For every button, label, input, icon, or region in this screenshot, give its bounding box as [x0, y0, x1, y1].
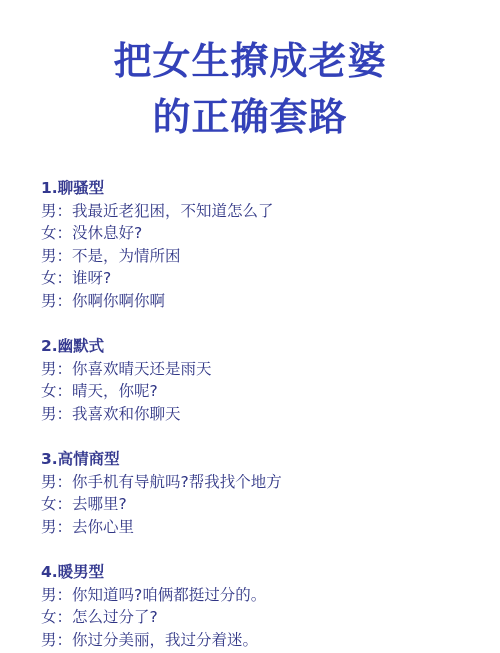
dialogue-line: 男：你喜欢晴天还是雨天 — [41, 358, 212, 381]
dialogue-line: 女：没休息好? — [41, 222, 274, 245]
dialogue-line: 男：你过分美丽，我过分着迷。 — [41, 629, 266, 652]
dialogue-line: 男：你手机有导航吗?帮我找个地方 — [41, 471, 282, 494]
dialogue-line: 男：你啊你啊你啊 — [41, 290, 274, 313]
page-title-line-2: 的正确套路 — [0, 92, 500, 142]
section-high-eq: 3.高情商型 男：你手机有导航吗?帮我找个地方 女：去哪里? 男：去你心里 — [41, 448, 282, 538]
section-heading: 1.聊骚型 — [41, 177, 274, 200]
section-heading: 2.幽默式 — [41, 335, 212, 358]
dialogue-line: 女：谁呀? — [41, 267, 274, 290]
dialogue-line: 男：我喜欢和你聊天 — [41, 403, 212, 426]
section-flirty: 1.聊骚型 男：我最近老犯困，不知道怎么了 女：没休息好? 男：不是，为情所困 … — [41, 177, 274, 313]
dialogue-line: 女：去哪里? — [41, 493, 282, 516]
dialogue-line: 女：怎么过分了? — [41, 606, 266, 629]
section-humorous: 2.幽默式 男：你喜欢晴天还是雨天 女：晴天，你呢? 男：我喜欢和你聊天 — [41, 335, 212, 425]
dialogue-line: 男：去你心里 — [41, 516, 282, 539]
section-heading: 3.高情商型 — [41, 448, 282, 471]
dialogue-line: 女：晴天，你呢? — [41, 380, 212, 403]
dialogue-line: 男：我最近老犯困，不知道怎么了 — [41, 200, 274, 223]
page-title-line-1: 把女生撩成老婆 — [0, 36, 500, 86]
section-heading: 4.暖男型 — [41, 561, 266, 584]
dialogue-line: 男：不是，为情所困 — [41, 245, 274, 268]
dialogue-line: 男：你知道吗?咱俩都挺过分的。 — [41, 584, 266, 607]
section-warm-guy: 4.暖男型 男：你知道吗?咱俩都挺过分的。 女：怎么过分了? 男：你过分美丽，我… — [41, 561, 266, 651]
